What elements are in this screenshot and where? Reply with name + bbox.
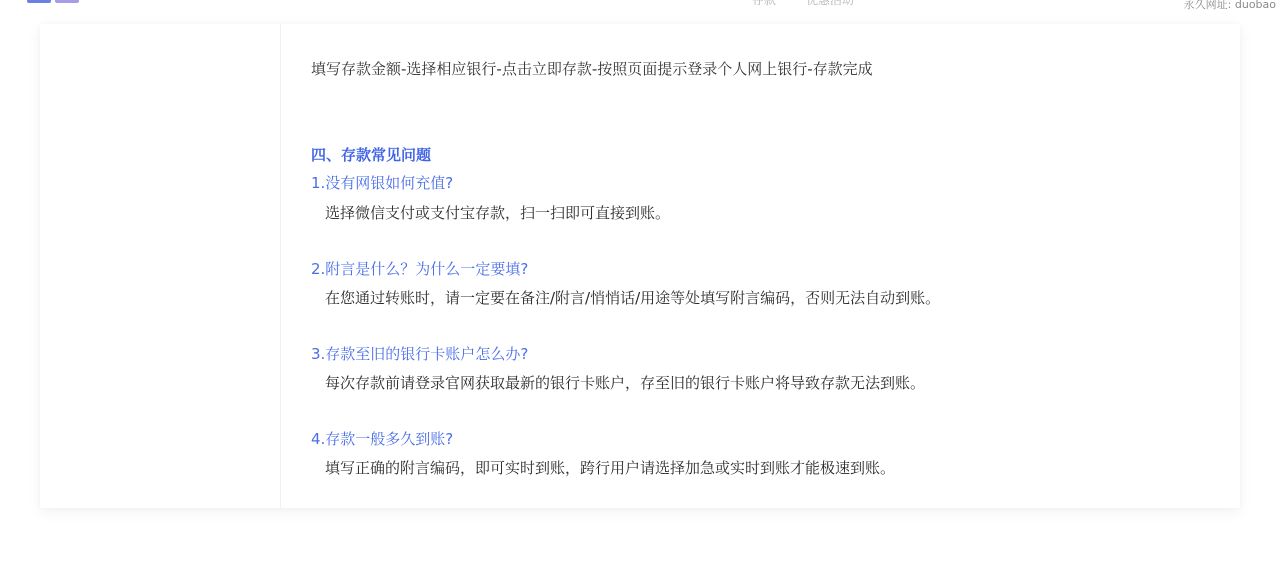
faq-question: 1.没有网银如何充值? <box>311 172 453 193</box>
logo-mark-secondary[interactable] <box>55 0 79 3</box>
sidebar <box>40 24 281 508</box>
deposit-flow-steps: 填写存款金额-选择相应银行-点击立即存款-按照页面提示登录个人网上银行-存款完成 <box>311 58 873 79</box>
top-navigation-bar: 存款 优惠活动 永久网址: duobao <box>0 0 1280 10</box>
faq-answer: 选择微信支付或支付宝存款，扫一扫即可直接到账。 <box>325 202 670 223</box>
faq-question: 2.附言是什么？为什么一定要填? <box>311 258 528 279</box>
nav-item-promotions[interactable]: 优惠活动 <box>806 0 854 8</box>
faq-answer: 在您通过转账时，请一定要在备注/附言/悄悄话/用途等处填写附言编码，否则无法自动… <box>325 287 940 308</box>
faq-answer: 填写正确的附言编码，即可实时到账，跨行用户请选择加急或实时到账才能极速到账。 <box>325 457 895 478</box>
help-content: 填写存款金额-选择相应银行-点击立即存款-按照页面提示登录个人网上银行-存款完成… <box>311 24 1240 508</box>
faq-question: 4.存款一般多久到账? <box>311 428 453 449</box>
faq-question: 3.存款至旧的银行卡账户怎么办? <box>311 343 528 364</box>
nav-item-deposit[interactable]: 存款 <box>752 0 776 8</box>
faq-answer: 每次存款前请登录官网获取最新的银行卡账户，存至旧的银行卡账户将导致存款无法到账。 <box>325 372 925 393</box>
section-title: 四、存款常见问题 <box>311 144 431 165</box>
permanent-url-label: 永久网址: duobao <box>1184 0 1276 12</box>
logo-mark[interactable] <box>27 0 51 3</box>
deposit-help-card: 填写存款金额-选择相应银行-点击立即存款-按照页面提示登录个人网上银行-存款完成… <box>40 24 1240 508</box>
